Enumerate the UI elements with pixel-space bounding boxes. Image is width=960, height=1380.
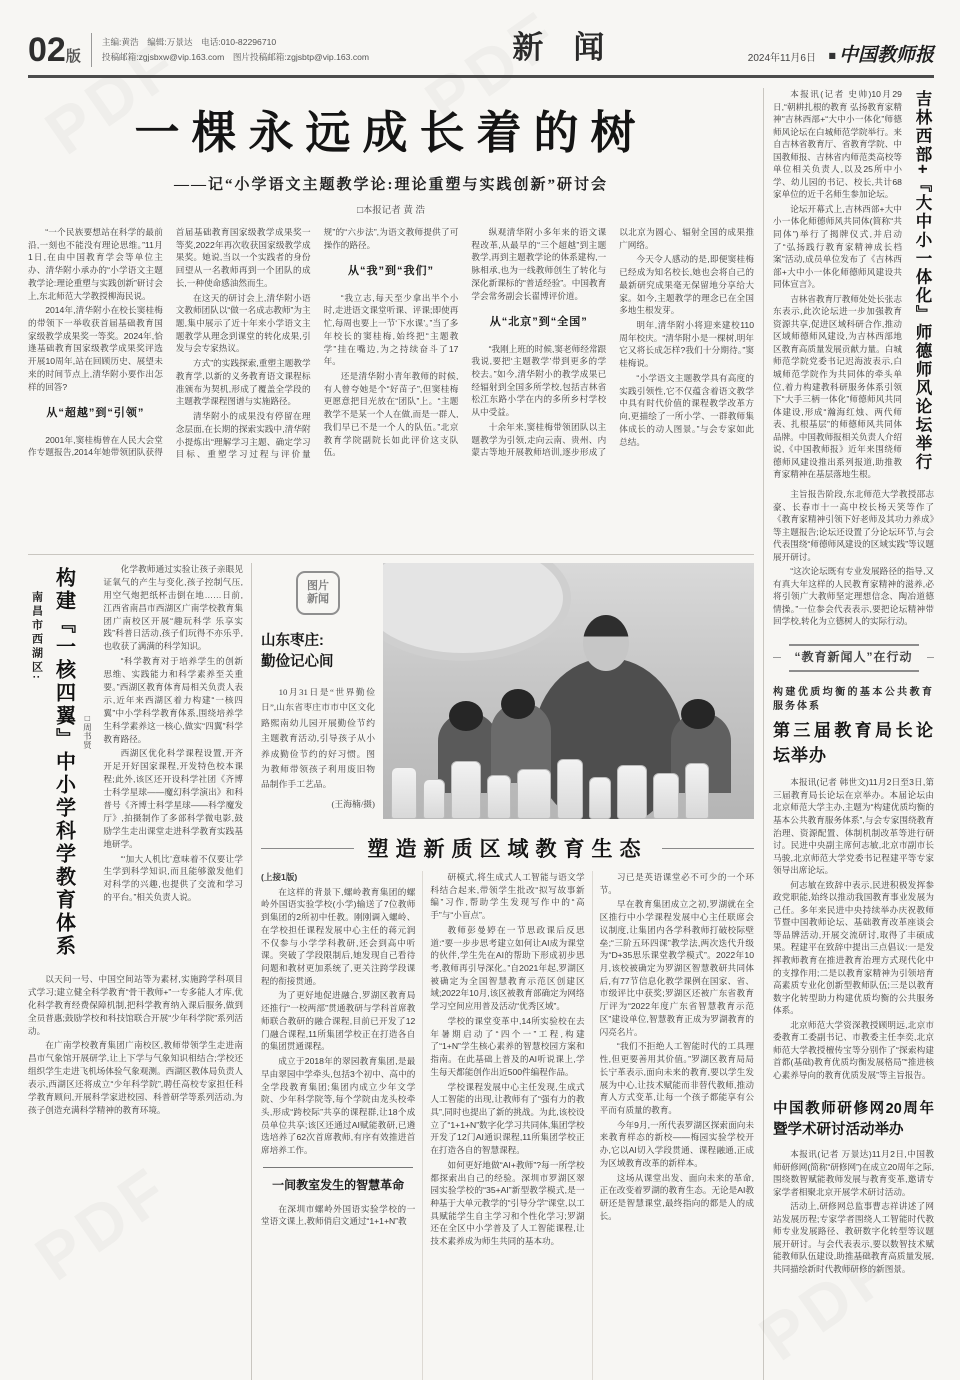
center-article-subhead: 一间教室发生的智慧革命 xyxy=(263,1167,413,1195)
paper-logo: 中国教师报 xyxy=(828,44,934,66)
paragraph: 成立于2018年的翠园教育集团,是最早由翠园中学牵头,包括3个初中、高中的全学段… xyxy=(261,1055,415,1157)
paragraph: 还是清华附小青年教师的时候,有人曾夸她是个“好苗子”,但窦桂梅更愿意把目光放在“… xyxy=(324,370,459,459)
paragraph: 在广南学校教育集团广南校区,教师带领学生走进南昌市气象馆开展研学,让上下学与气象… xyxy=(28,1039,243,1116)
photo-playground xyxy=(383,563,563,653)
directors-forum-article: 构建优质均衡的基本公共教育服务体系 第三届教育局长论坛举办 本报讯(记者 韩世文… xyxy=(773,686,934,1082)
paragraph: 方式”的实践探索,重塑主题教学教育学,以新的义务教育语文课程标准颁布为契机,形成… xyxy=(176,357,311,408)
rule xyxy=(773,657,781,658)
paragraph: 明年,清华附小将迎来建校110周年校庆。“清华附小是一棵树,明年它又将长成怎样?… xyxy=(619,319,754,370)
photo-credit: (王海楠/摄) xyxy=(261,797,375,812)
continued-note: (上接1版) xyxy=(261,871,415,884)
photo-teacher-head xyxy=(583,615,629,671)
rule xyxy=(662,848,755,849)
photo-news: 图片 新闻 山东枣庄: 勤俭记心间 10月31日是“世界勤俭日”,山东省枣庄市市… xyxy=(261,563,754,819)
lead-headline: 一棵永远成长着的树 xyxy=(28,96,754,161)
newspaper-page: PDF PDF PDF PDF 02版 主编:黄浩 编辑:万景达 电话:010-… xyxy=(0,0,960,1380)
right-rail: 本报讯(记者 史帅)10月29日,“朝耕扎根的教育 弘扬教育家精神”吉林西部+“… xyxy=(763,88,934,1380)
paragraph: “小学语文主题教学具有高度的实践引领性,它不仅蕴含着语文教学中具有时代价值的课程… xyxy=(619,372,754,448)
staff-line: 投稿邮箱:zgjsbxw@vip.163.com 图片投稿邮箱:zgjsbtp@… xyxy=(102,50,369,65)
paragraph: “我刚上班的时候,窦老师经常跟我说,要把‘主题教学’带到更多的学校去。”如今,清… xyxy=(471,343,606,419)
stamp-text: 图片 xyxy=(307,580,329,593)
photo-child-head xyxy=(501,689,535,719)
paragraph: 今年9月,一所代表罗湖区探索面向未来教育样态的新校——梅园实验学校开办,它以AI… xyxy=(600,1119,754,1170)
rule xyxy=(927,657,935,658)
paragraph: 西湖区优化科学课程设置,开齐开足开好国家课程,开发特色校本课程;此外,该区还开设… xyxy=(103,747,243,850)
paragraph: 本报讯(记者 韩世文)11月2日至3日,第三届教育局长论坛在京举办。本届论坛由北… xyxy=(773,776,934,876)
lead-body: “一个民族要想站在科学的最前沿,一刻也不能没有理论思维。”11月1日,在由中国教… xyxy=(28,226,754,544)
paragraph: 化学教师通过实验让孩子亲眼见证氧气的产生与变化,孩子控制气压,用空气炮把纸杯击倒… xyxy=(103,563,243,653)
photo-news-stamp-icon: 图片 新闻 xyxy=(296,571,340,615)
paragraph: “我们不拒绝人工智能时代的工具理性,但更要善用其价值。”罗湖区教育局局长宁革表示… xyxy=(600,1040,754,1116)
publication-date: 2024年11月6日 xyxy=(748,53,816,64)
paragraph: 这场从课堂出发、面向未来的革命,正在改变着罗湖的教育生态。无论是AI教研还是智慧… xyxy=(600,1172,754,1223)
paragraph: 学校的课堂变革中,14所实验校在去年暑期启动了“四个一”工程,构建了“1+N”学… xyxy=(430,1015,584,1079)
jilin-forum-headline: 吉林西部+『大中小一体化』师德师风论坛举行 xyxy=(910,90,934,482)
page-label: 版 xyxy=(66,48,81,65)
training-network-headline: 中国教师研修网20周年暨学术研讨活动举办 xyxy=(773,1099,934,1140)
paragraph: 论坛开幕式上,吉林西部+大中小一体化师德师风共同体(简称“共同体”)举行了揭牌仪… xyxy=(773,203,902,291)
lead-article: 一棵永远成长着的树 ——记“小学语文主题教学论:理论重塑与实践创新”研讨会 □本… xyxy=(28,88,754,544)
paragraph: 纵观清华附小多年来的语文课程改革,从最早的“三个超越”到主题教学,再到主题教学论… xyxy=(471,226,606,302)
paragraph: 在深圳市螺岭外国语实验学校的一堂语文课上,教师俏启文通过“1+1+N”教 xyxy=(261,1203,415,1228)
paragraph: 早在教育集团成立之初,罗湖就在全区推行中小学课程发展中心主任联席会议制度,让集团… xyxy=(600,898,754,1038)
directors-forum-headline: 第三届教育局长论坛举办 xyxy=(773,719,934,769)
education-newsperson-badge: “教育新闻人”在行动 xyxy=(773,644,934,672)
photo-craft-bottles xyxy=(383,755,754,819)
directors-forum-kicker: 构建优质均衡的基本公共教育服务体系 xyxy=(773,686,934,715)
photo-news-title: 山东枣庄: 勤俭记心间 xyxy=(261,631,375,673)
paragraph: “‘加大人机比’意味着不仅要让学生学到科学知识,而且能够激发他们对科学的兴趣,也… xyxy=(103,853,243,905)
section-title: 新闻 xyxy=(369,22,748,67)
lead-subhead-1: 从“超越”到“引领” xyxy=(28,405,163,421)
page-number: 02版 xyxy=(28,33,81,67)
photo-child-head xyxy=(449,701,483,731)
center-article-body: (上接1版) 在这样的背景下,螺岭教育集团的螺岭外国语实验学校(小学)输送了7位… xyxy=(261,871,754,1380)
center-article-headline: 塑造新质区域教育生态 xyxy=(368,833,648,863)
lead-byline: □本报记者 黄 浩 xyxy=(28,202,754,216)
paragraph: 今天令人感动的是,即便窦桂梅已经成为知名校长,她也会将自己的最新研究成果毫无保留… xyxy=(619,253,754,317)
staff-line: 主编:黄浩 编辑:万景达 电话:010-82296710 xyxy=(102,35,369,50)
paragraph: 在这样的背景下,螺岭教育集团的螺岭外国语实验学校(小学)输送了7位教师到集团的2… xyxy=(261,886,415,988)
stamp-text: 新闻 xyxy=(307,593,329,606)
paragraph: 北京师范大学资深教授顾明远,北京市委教育工委副书记、市教委主任李奕,北京师范大学… xyxy=(773,1019,934,1082)
jilin-forum-article: 本报讯(记者 史帅)10月29日,“朝耕扎根的教育 弘扬教育家精神”吉林西部+“… xyxy=(773,88,934,628)
center-article-header: 塑造新质区域教育生态 xyxy=(261,833,754,863)
paragraph: 在这天的研讨会上,清华附小语文教师团队以“做一名成志教师”为主题,集中展示了近十… xyxy=(176,292,311,356)
paragraph: 以天问一号、中国空间站等为素材,实施跨学科项目式学习;建立健全科学教育“骨干教师… xyxy=(28,973,243,1037)
rule xyxy=(261,848,354,849)
lead-subhead-3: 从“北京”到“全国” xyxy=(471,314,606,330)
paragraph: 何志敏在致辞中表示,民进积极发挥参政党职能,始终以推动我国教育事业发展为己任。多… xyxy=(773,879,934,1017)
paragraph: 学校课程发展中心主任发现,生成式人工智能的出现,让教师有了“强有力的教具”,同时… xyxy=(430,1081,584,1157)
paragraph: 本报讯(记者 史帅)10月29日,“朝耕扎根的教育 弘扬教育家精神”吉林西部+“… xyxy=(773,88,902,201)
paragraph: 主旨报告阶段,东北师范大学教授邵志豪、长春市十一高中校长杨天笑等作了《教育家精神… xyxy=(773,488,934,563)
paragraph: 2014年,清华附小在校长窦桂梅的带领下一举收获首届基础教育国家级教学成果奖一等… xyxy=(28,304,163,393)
paragraph: 本报讯(记者 万景达)11月2日,中国教师研修网(简称“研修网”)在成立20周年… xyxy=(773,1148,934,1198)
paragraph: 教师彭曼婷在一节思政课后反思道:“要一步步思考建立如何让AI成为课堂的伙伴,学生… xyxy=(430,924,584,1013)
science-article-headline: 构建『一核四翼』中小学科学教育体系 xyxy=(49,567,79,965)
paragraph: “科学教育对于培养学生的创新思维、实践能力和科学素养至关重要。”西湖区教育体育局… xyxy=(103,655,243,745)
science-article-byline: □周书贤 xyxy=(81,713,94,965)
lead-subtitle: ——记“小学语文主题教学论:理论重塑与实践创新”研讨会 xyxy=(28,173,754,194)
paragraph: 吉林省教育厅教师处处长张志东表示,此次论坛进一步加强教育资源共享,促进区域科研合… xyxy=(773,293,902,481)
news-photo xyxy=(383,563,754,819)
divider xyxy=(91,33,92,67)
photo-child-head xyxy=(681,699,715,729)
paragraph: 为了更好地促进融合,罗湖区教育局还推行“一校两部”贯通教研与学科首席教师联合教研… xyxy=(261,989,415,1053)
lead-subhead-2: 从“我”到“我们” xyxy=(324,263,459,279)
teacher-training-network-article: 中国教师研修网20周年暨学术研讨活动举办 本报讯(记者 万景达)11月2日,中国… xyxy=(773,1099,934,1275)
masthead: 02版 主编:黄浩 编辑:万景达 电话:010-82296710 投稿邮箱:zg… xyxy=(28,22,934,78)
article-region-label: 南昌市西湖区: xyxy=(28,591,45,965)
paragraph: 如何更好地做“AI+教师”?每一所学校都探索出自己的经验。深圳市罗湖区翠园实验学… xyxy=(430,1159,584,1248)
paragraph: 研模式,将生成式人工智能与语文学科结合起来,带领学生批改“拟写故事新编”习作,帮… xyxy=(430,871,584,922)
paragraph: “我立志,每天至少拿出半个小时,走进语文课堂听课、评课;即使再忙,每周也要上一节… xyxy=(324,292,459,368)
paragraph: “一个民族要想站在科学的最前沿,一刻也不能没有理论思维。”11月1日,在由中国教… xyxy=(28,226,163,302)
photo-caption: 10月31日是“世界勤俭日”,山东省枣庄市市中区文化路熙南幼儿园开展勤俭节约主题… xyxy=(261,685,375,793)
paragraph: 习已是英语课堂必不可少的一个环节。 xyxy=(600,871,754,896)
badge-text: “教育新闻人”在行动 xyxy=(789,644,919,672)
science-education-article: 南昌市西湖区: 构建『一核四翼』中小学科学教育体系 □周书贤 化学教师通过实验让… xyxy=(28,563,252,1380)
paragraph: 活动上,研修网总监事曹志祥讲述了网站发展历程;专家学者围绕人工智能时代教师专业发… xyxy=(773,1200,934,1275)
paragraph: “这次论坛既有专业发展路径的指导,又有真大年这样的人民教育家精神的滋养,必将引领… xyxy=(773,565,934,628)
